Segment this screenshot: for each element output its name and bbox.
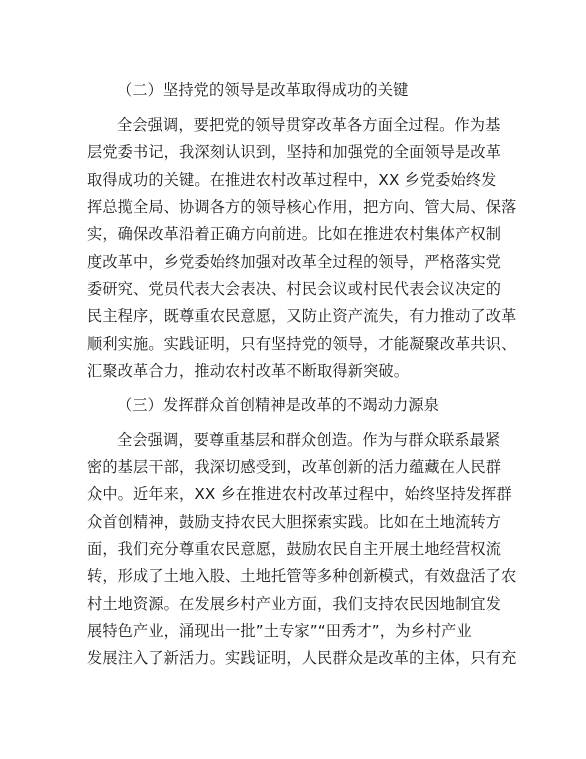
paragraph-line: 展特色产业，涌现出一批”土专家”“田秀才”，为乡村产业 bbox=[87, 621, 472, 641]
paragraph-line: 汇聚改革合力，推动农村改革不断取得新突破。 bbox=[87, 361, 409, 381]
paragraph-line: 层党委书记，我深刻认识到，坚持和加强党的全面领导是改革 bbox=[87, 142, 501, 162]
paragraph-line: 实，确保改革沿着正确方向前进。比如在推进农村集体产权制 bbox=[87, 224, 501, 244]
paragraph-line: 村土地资源。在发展乡村产业方面，我们支持农民因地制宜发 bbox=[87, 594, 501, 614]
paragraph-line: 顺利实施。实践证明，只有坚持党的领导，才能凝聚改革共识、 bbox=[87, 334, 516, 354]
paragraph-line: 取得成功的关键。在推进农村改革过程中，XX 乡党委始终发 bbox=[87, 170, 497, 190]
paragraph-line: 众中。近年来，XX 乡在推进农村改革过程中，始终坚持发挥群 bbox=[87, 484, 512, 504]
paragraph-line: 面，我们充分尊重农民意愿，鼓励农民自主开展土地经营权流 bbox=[87, 539, 501, 559]
paragraph-line: 全会强调，要尊重基层和群众创造。作为与群众联系最紧 bbox=[117, 430, 500, 450]
section-heading-2: （二）坚持党的领导是改革取得成功的关键 bbox=[117, 80, 408, 100]
paragraph-line: 全会强调，要把党的领导贯穿改革各方面全过程。作为基 bbox=[117, 115, 500, 135]
paragraph-line: 发展注入了新活力。实践证明，人民群众是改革的主体，只有充 bbox=[87, 648, 516, 668]
paragraph-line: 民主程序，既尊重农民意愿，又防止资产流失，有力推动了改革 bbox=[87, 306, 516, 326]
section-heading-3: （三）发挥群众首创精神是改革的不竭动力源泉 bbox=[117, 395, 439, 415]
paragraph-line: 众首创精神，鼓励支持农民大胆探索实践。比如在土地流转方 bbox=[87, 512, 501, 532]
paragraph-line: 密的基层干部，我深切感受到，改革创新的活力蕴藏在人民群 bbox=[87, 457, 501, 477]
paragraph-line: 挥总揽全局、协调各方的领导核心作用，把方向、管大局、保落 bbox=[87, 197, 516, 217]
paragraph-line: 委研究、党员代表大会表决、村民会议或村民代表会议决定的 bbox=[87, 279, 501, 299]
paragraph-line: 度改革中，乡党委始终加强对改革全过程的领导，严格落实党 bbox=[87, 252, 501, 272]
paragraph-line: 转，形成了土地入股、土地托管等多种创新模式，有效盘活了农 bbox=[87, 566, 516, 586]
